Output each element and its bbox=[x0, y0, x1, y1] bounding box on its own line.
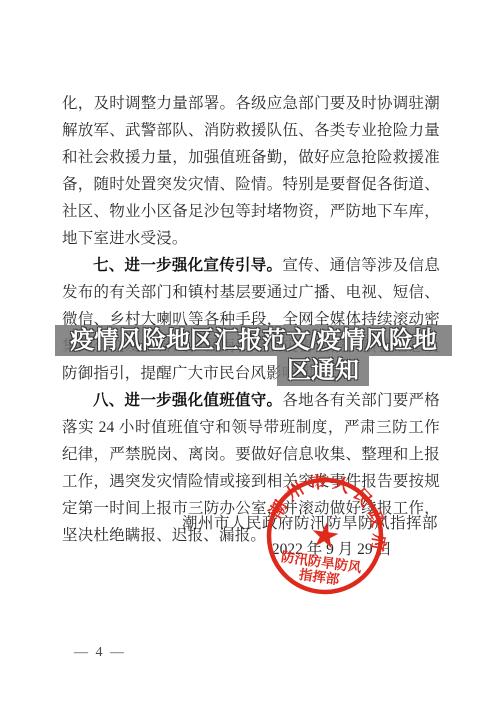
page-number: — 4 — bbox=[74, 645, 126, 661]
watermark-banner-line2: 区通知 bbox=[277, 356, 369, 386]
section-7-body: 宣传、通信等涉及信息发布的有关部门和镇村基层要通过广播、电视、短信、微信、乡村大… bbox=[62, 257, 440, 382]
seal-star-icon: ★ bbox=[307, 514, 343, 558]
section-8-heading: 八、进一步强化值班值守。 bbox=[93, 392, 282, 409]
document-page: 化，及时调整力量部署。各级应急部门要及时协调驻潮解放军、武警部队、消防救援队伍、… bbox=[0, 0, 500, 707]
section-7-heading: 七、进一步强化宣传引导。 bbox=[93, 257, 282, 274]
official-seal: 潮州市人民政府 ★ 防汛防旱防风 指挥部 bbox=[263, 474, 387, 598]
paragraph-continuation: 化，及时调整力量部署。各级应急部门要及时协调驻潮解放军、武警部队、消防救援队伍、… bbox=[62, 90, 440, 252]
watermark-banner-line1: 疫情风险地区汇报范文/疫情风险地 bbox=[55, 325, 452, 356]
section-7-paragraph: 七、进一步强化宣传引导。宣传、通信等涉及信息发布的有关部门和镇村基层要通过广播、… bbox=[62, 252, 440, 387]
